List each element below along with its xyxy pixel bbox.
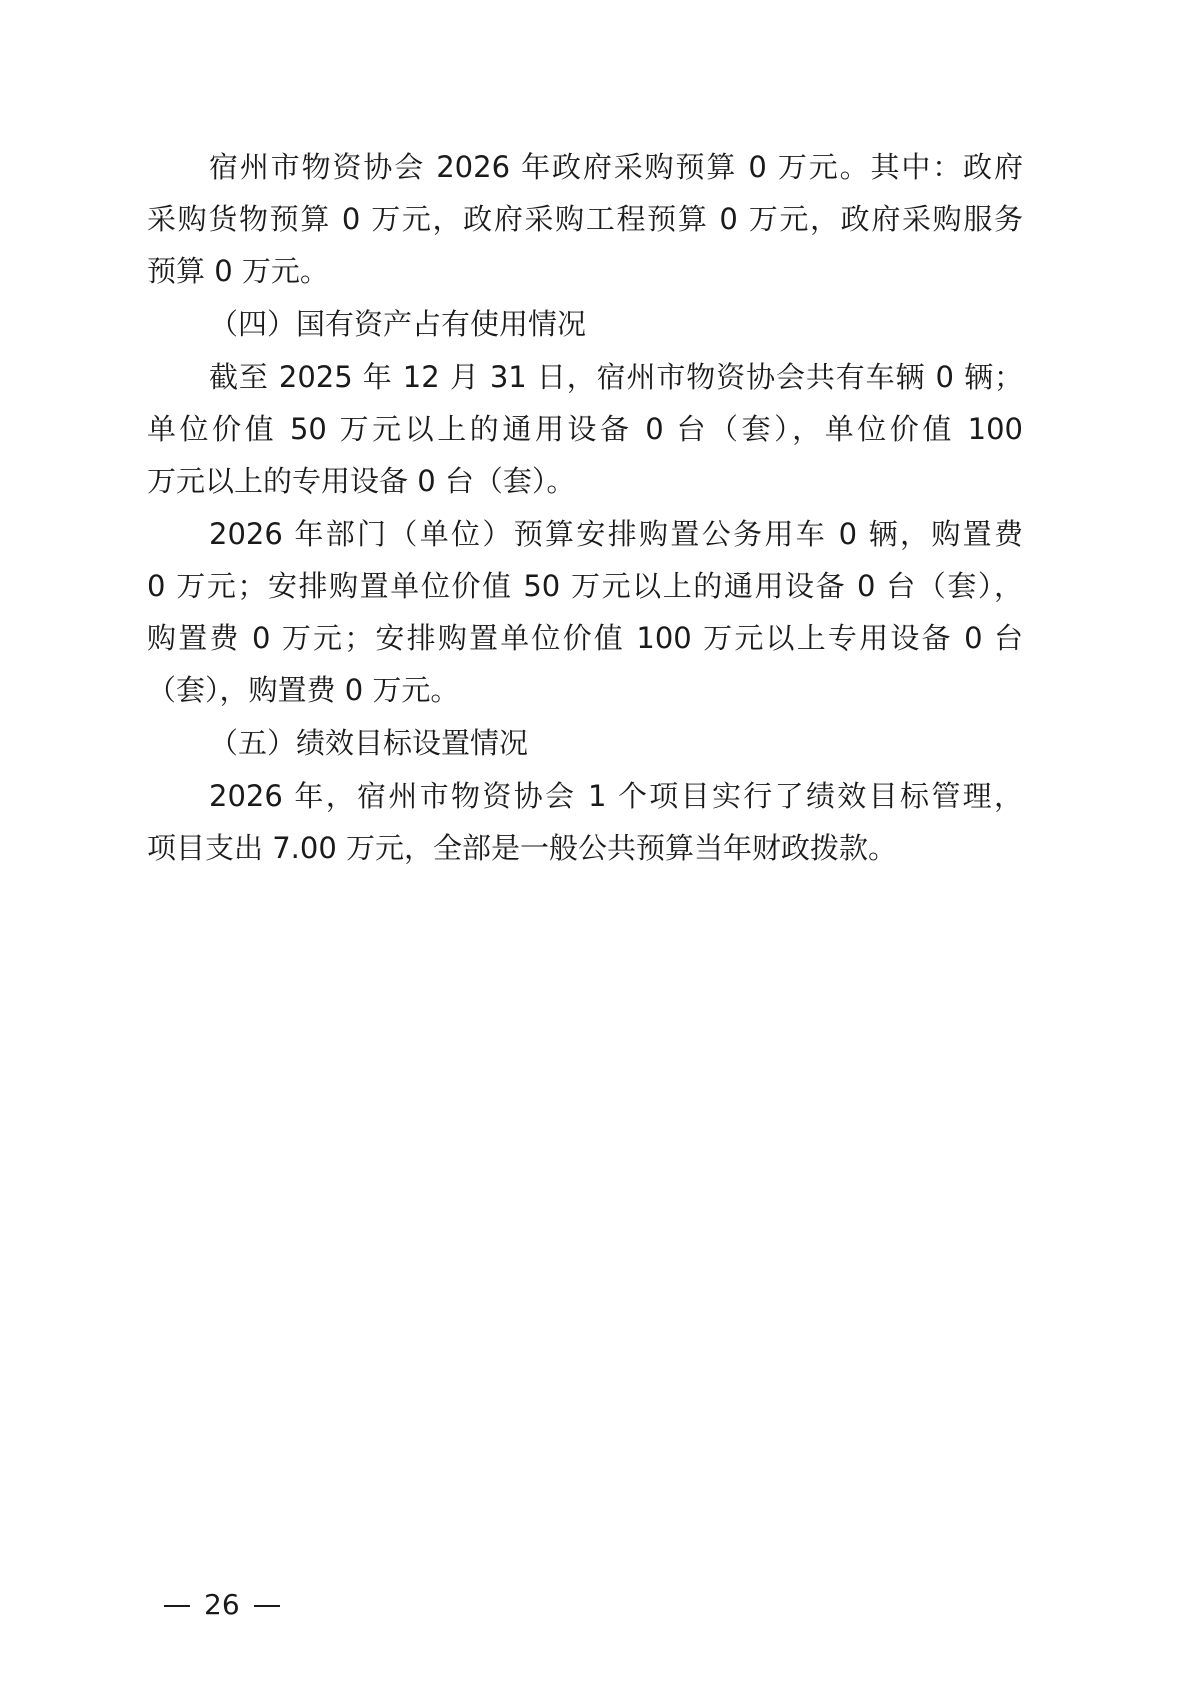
document-page: 宿州市物资协会 2026 年政府采购预算 0 万元。其中：政府 采购货物预算 0… <box>0 0 1190 1683</box>
paragraph-assets-line-3: 万元以上的专用设备 0 台（套）。 <box>147 461 1023 501</box>
section-heading-state-assets: （四）国有资产占有使用情况 <box>209 304 1023 344</box>
paragraph-purchase-line-2: 0 万元；安排购置单位价值 50 万元以上的通用设备 0 台（套）， <box>147 566 1023 606</box>
paragraph-assets-line-2: 单位价值 50 万元以上的通用设备 0 台（套），单位价值 100 <box>147 409 1023 449</box>
section-heading-performance: （五）绩效目标设置情况 <box>209 723 1023 763</box>
paragraph-performance-line-1: 2026 年，宿州市物资协会 1 个项目实行了绩效目标管理， <box>209 776 1023 816</box>
page-footer: 26 <box>150 1585 294 1625</box>
paragraph-assets-line-1: 截至 2025 年 12 月 31 日，宿州市物资协会共有车辆 0 辆； <box>209 357 1023 397</box>
paragraph-procurement-line-2: 采购货物预算 0 万元，政府采购工程预算 0 万元，政府采购服务 <box>147 199 1023 239</box>
paragraph-performance-line-2: 项目支出 7.00 万元，全部是一般公共预算当年财政拨款。 <box>147 828 1023 868</box>
paragraph-procurement-line-1: 宿州市物资协会 2026 年政府采购预算 0 万元。其中：政府 <box>209 147 1023 187</box>
paragraph-purchase-line-1: 2026 年部门（单位）预算安排购置公务用车 0 辆，购置费 <box>209 514 1023 554</box>
dash-left <box>164 1605 190 1607</box>
paragraph-procurement-line-3: 预算 0 万元。 <box>147 251 1023 291</box>
page-number: 26 <box>204 1588 240 1621</box>
paragraph-purchase-line-4: （套），购置费 0 万元。 <box>147 670 1023 710</box>
paragraph-purchase-line-3: 购置费 0 万元；安排购置单位价值 100 万元以上专用设备 0 台 <box>147 618 1023 658</box>
dash-right <box>254 1605 280 1607</box>
